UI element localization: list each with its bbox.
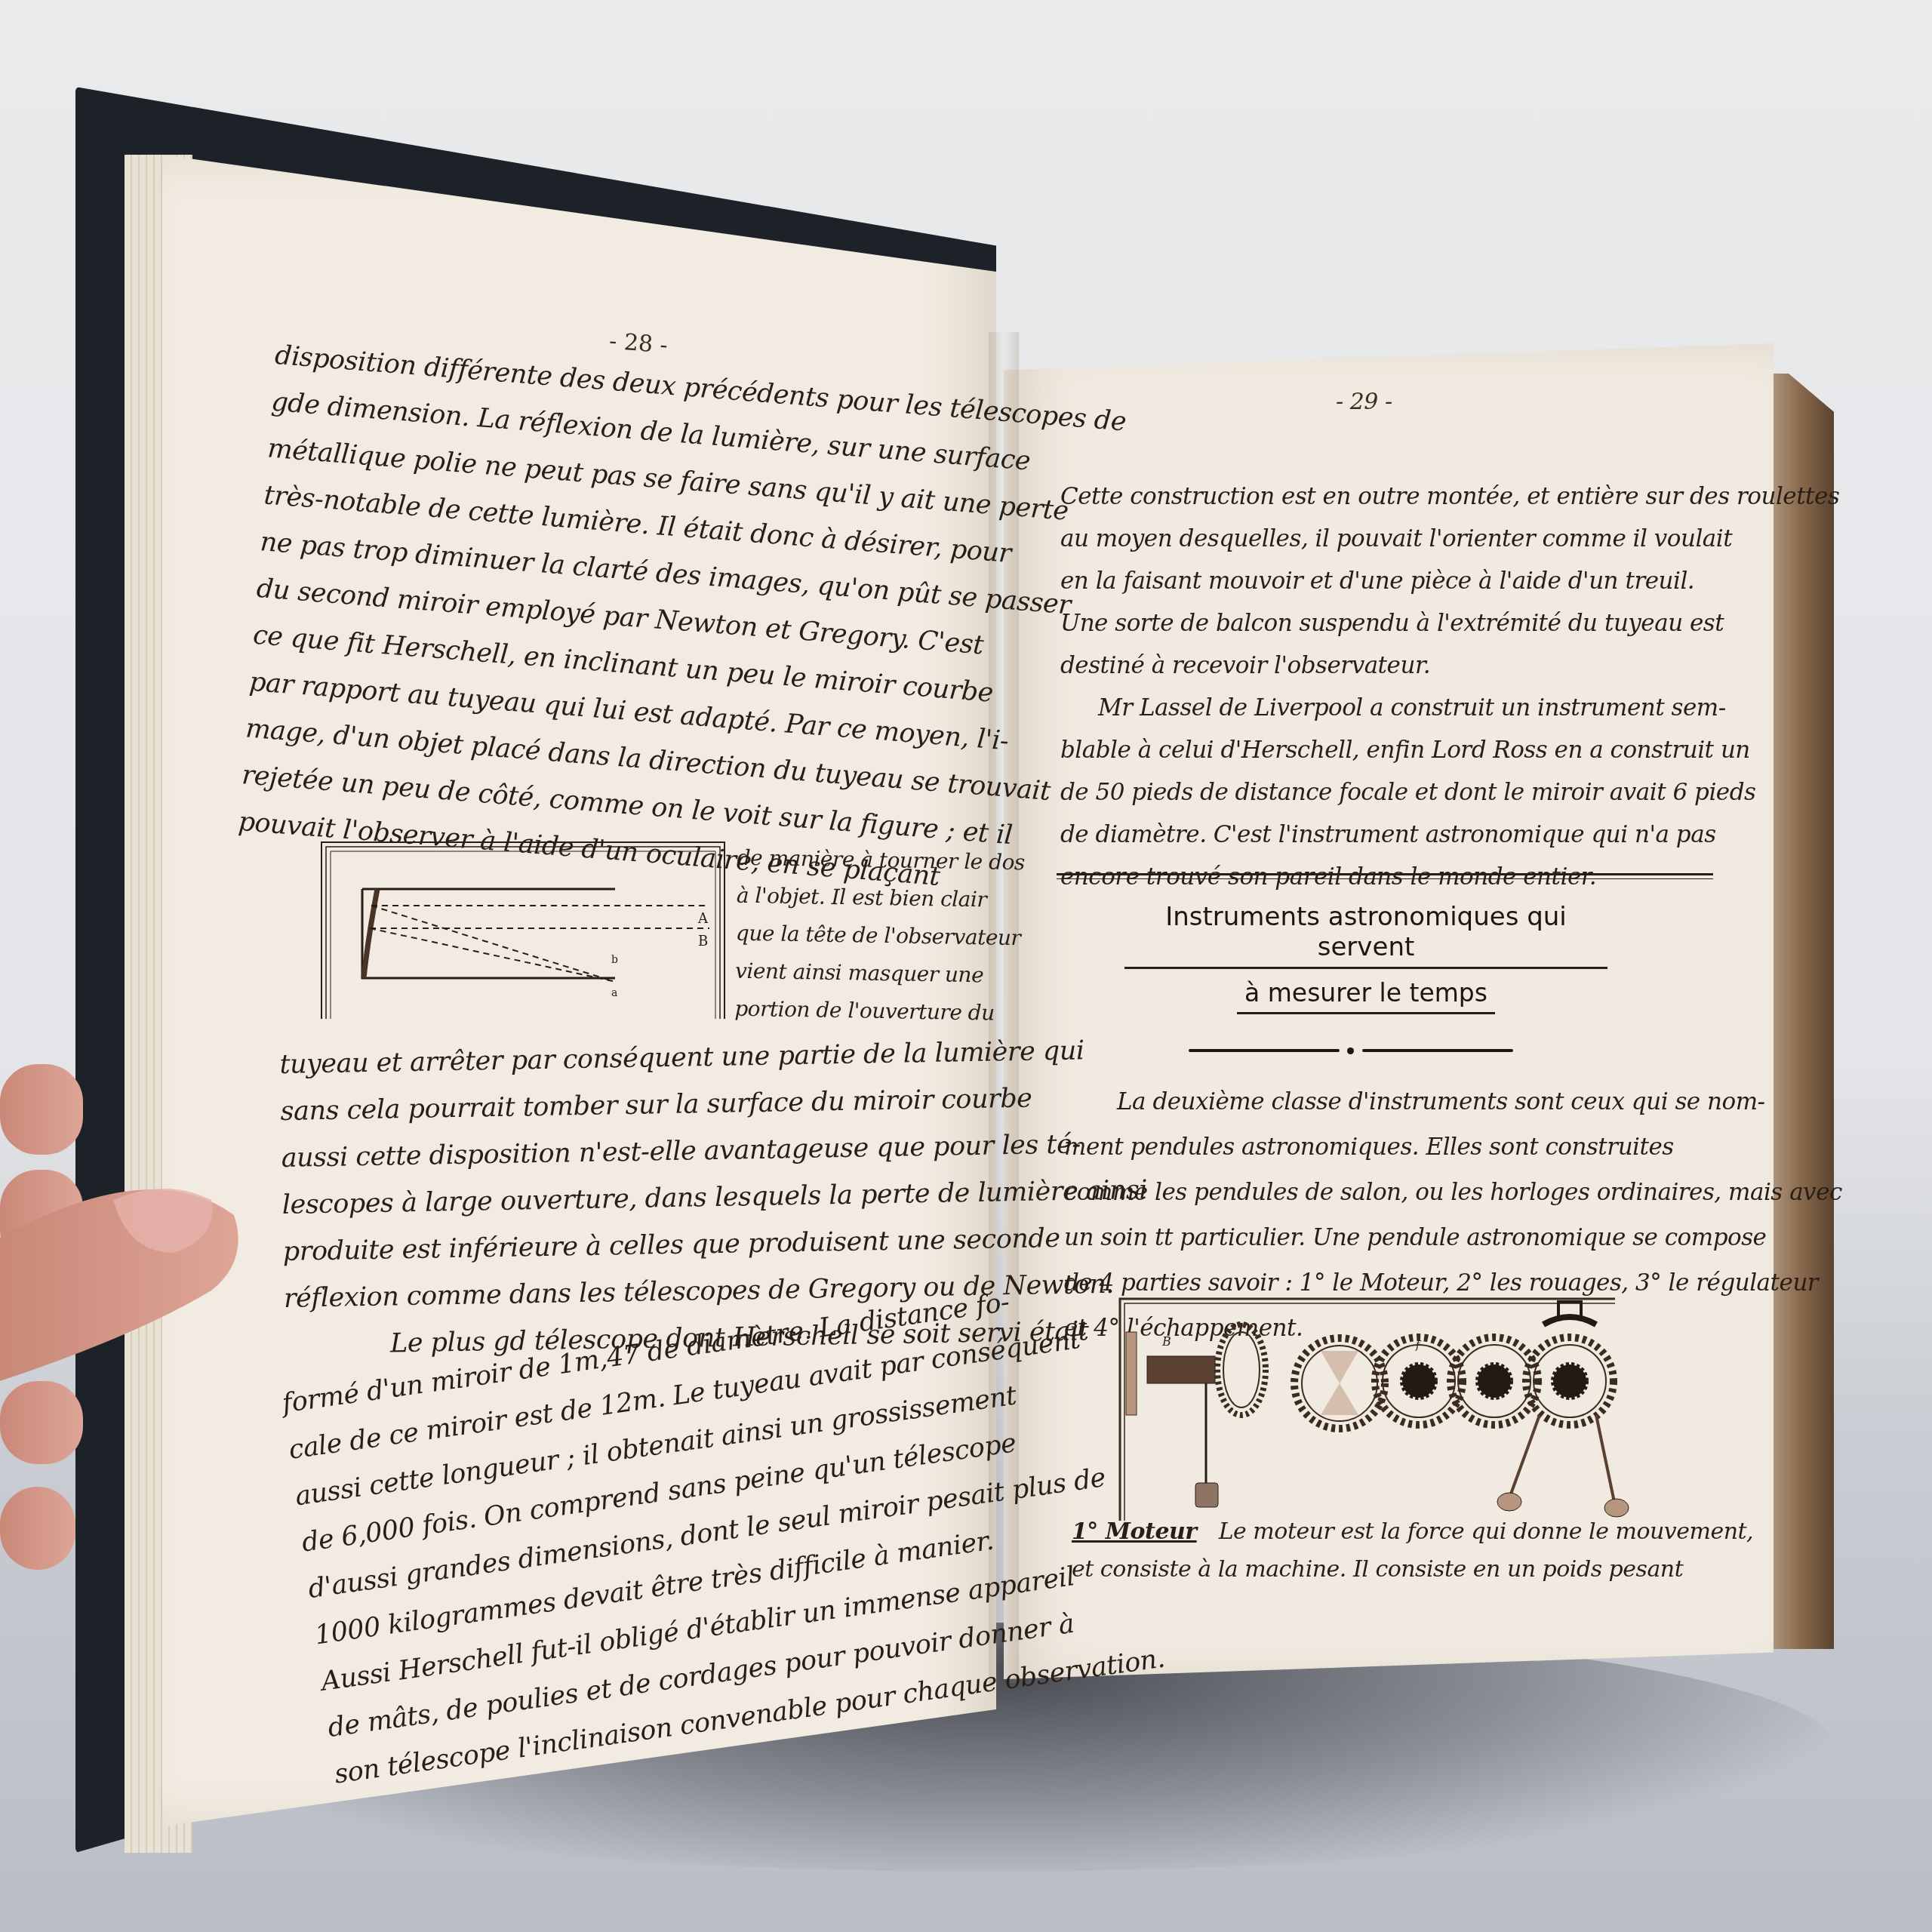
section-heading-line-2: à mesurer le temps <box>1237 978 1495 1014</box>
hand-holding-book <box>0 1064 241 1668</box>
text-line: à l'objet. Il est bien clair <box>736 877 1024 920</box>
text-line: et consiste à la machine. Il consiste en… <box>1072 1551 1721 1589</box>
right-page-paragraph-1: Cette construction est en outre montée, … <box>1060 475 1724 898</box>
text-line: au moyen desquelles, il pouvait l'orient… <box>1060 518 1724 560</box>
text-line: destiné à recevoir l'observateur. <box>1060 645 1724 687</box>
text-line: blable à celui d'Herschell, enfin Lord R… <box>1060 729 1724 771</box>
section-divider <box>1057 873 1713 879</box>
label-b: B <box>1161 1334 1171 1349</box>
text-line: de manière à tourner le dos <box>737 839 1025 882</box>
text-line: de diamètre. C'est l'instrument astronom… <box>1060 814 1724 856</box>
clock-gear-train-diagram: B f <box>1117 1294 1630 1521</box>
text-line: que la tête de l'observateur <box>736 915 1024 958</box>
herschelian-telescope-diagram: A B b a <box>317 838 740 1019</box>
section-heading-line-1: Instruments astronomiques qui servent <box>1124 902 1607 969</box>
great-wheel <box>1217 1324 1266 1415</box>
text-line: portion de l'ouverture du <box>734 990 1023 1033</box>
text-line: Une sorte de balcon suspendu à l'extrémi… <box>1060 602 1724 645</box>
text-line: Le moteur est la force qui donne le mouv… <box>1204 1518 1753 1545</box>
text-line: de 50 pieds de distance focale et dont l… <box>1060 771 1724 814</box>
label-a-lower: a <box>611 987 617 999</box>
driving-weight <box>1195 1483 1218 1507</box>
text-line: ment pendules astronomiques. Elles sont … <box>1064 1124 1721 1170</box>
label-b-upper: B <box>698 934 708 949</box>
page-number-right: - 29 - <box>1336 389 1392 415</box>
finger-bottom <box>0 1487 75 1570</box>
text-line: Cette construction est en outre montée, … <box>1060 475 1724 518</box>
finger-lower <box>0 1381 83 1464</box>
finger-top <box>0 1064 83 1155</box>
ornamental-rule <box>1189 1048 1513 1054</box>
text-line: un soin tt particulier. Une pendule astr… <box>1064 1215 1721 1260</box>
section-heading: Instruments astronomiques qui servent à … <box>1124 902 1607 1014</box>
text-line: La deuxième classe d'instruments sont ce… <box>1064 1079 1721 1124</box>
text-line: comme les pendules de salon, ou les horl… <box>1064 1170 1721 1215</box>
caption-label: 1° Moteur <box>1072 1518 1197 1545</box>
text-line: en la faisant mouvoir et d'une pièce à l… <box>1060 560 1724 602</box>
label-a-upper: A <box>697 911 709 927</box>
left-page-text: - 28 - disposition différente des deux p… <box>236 302 956 898</box>
figure-side-text: de manière à tourner le dos à l'objet. I… <box>734 839 1025 1033</box>
text-line: Mr Lassel de Liverpool a construit un in… <box>1060 687 1724 729</box>
figure-caption: 1° Moteur Le moteur est la force qui don… <box>1072 1513 1721 1589</box>
text-line: vient ainsi masquer une <box>735 952 1023 995</box>
mounting-plate <box>1126 1332 1137 1415</box>
gear-wheels: f <box>1375 1337 1614 1425</box>
escape-wheel <box>1294 1338 1385 1429</box>
label-b-lower: b <box>611 954 618 966</box>
winding-drum <box>1147 1356 1215 1383</box>
